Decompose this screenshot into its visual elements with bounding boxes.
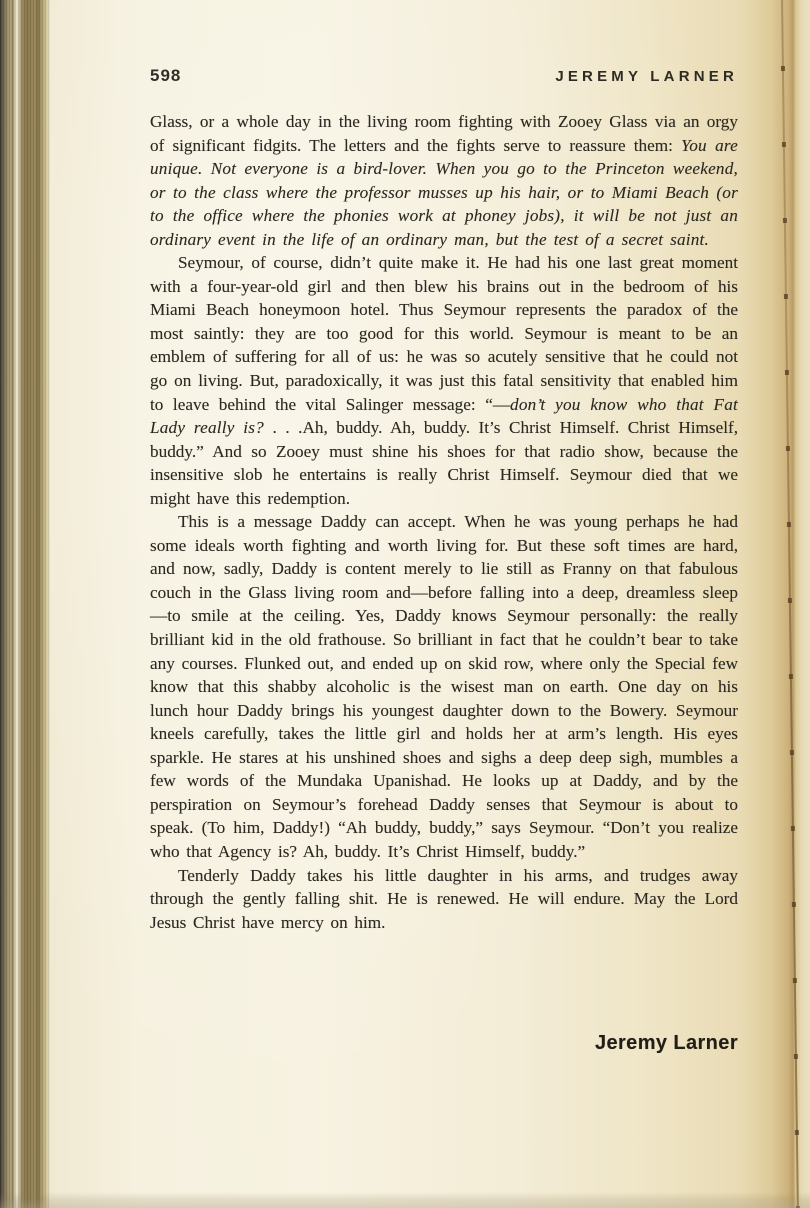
body-text: Glass, or a whole day in the living room… — [150, 110, 738, 934]
text-segment: Seymour, of course, didn’t quite make it… — [150, 253, 738, 413]
page-number: 598 — [150, 66, 181, 86]
paragraph: This is a message Daddy can accept. When… — [150, 510, 738, 863]
running-head: 598 JEREMY LARNER — [150, 66, 738, 86]
text-segment: This is a message Daddy can accept. When… — [150, 512, 738, 861]
page-bottom-edge — [0, 1192, 810, 1208]
paragraph: Seymour, of course, didn’t quite make it… — [150, 251, 738, 510]
running-title: JEREMY LARNER — [555, 68, 738, 85]
author-signature: Jeremy Larner — [150, 1032, 738, 1055]
paragraph: Glass, or a whole day in the living room… — [150, 110, 738, 251]
page-fore-edge-line — [781, 0, 799, 1208]
book-binding-edge — [0, 0, 50, 1208]
book-page-scan: 598 JEREMY LARNER Glass, or a whole day … — [0, 0, 810, 1208]
paragraph: Tenderly Daddy takes his little daughter… — [150, 864, 738, 935]
text-segment: Glass, or a whole day in the living room… — [150, 112, 738, 155]
text-segment: Tenderly Daddy takes his little daughter… — [150, 866, 738, 932]
